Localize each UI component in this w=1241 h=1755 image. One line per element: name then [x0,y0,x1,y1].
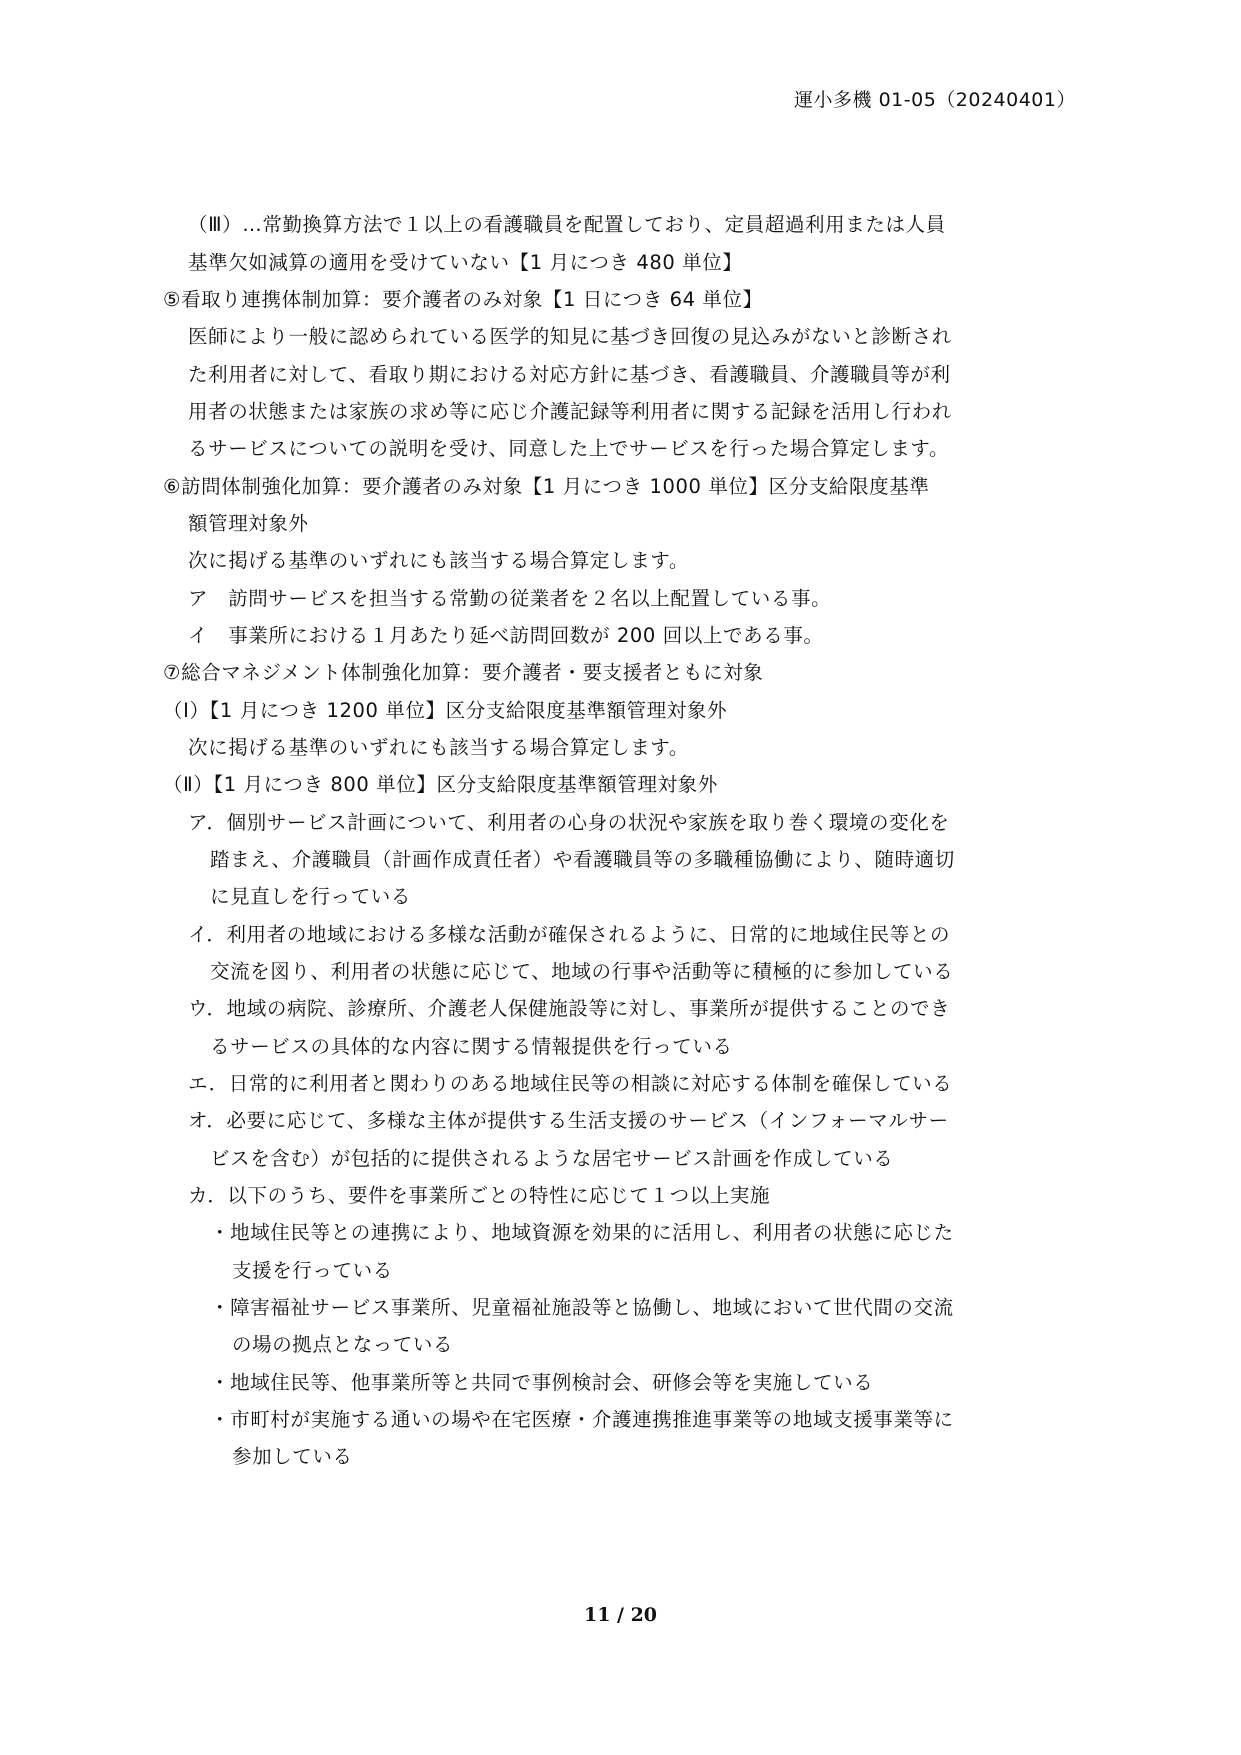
text-line: 支援を行っている [232,1258,393,1284]
text-line: オ．必要に応じて、多様な主体が提供する生活支援のサービス（インフォーマルサー [188,1108,949,1134]
text-line: 次に掲げる基準のいずれにも該当する場合算定します。 [188,735,689,761]
text-line: （Ⅰ）【1 月につき 1200 単位】区分支給限度基準額管理対象外 [163,698,727,724]
text-line: （Ⅲ）…常勤換算方法で１以上の看護職員を配置しており、定員超過利用または人員 [188,212,946,238]
text-line: の場の拠点となっている [232,1332,453,1358]
text-line: 用者の状態または家族の求め等に応じ介護記録等利用者に関する記録を活用し行われ [188,399,952,425]
text-line: ア．個別サービス計画について、利用者の心身の状況や家族を取り巻く環境の変化を [188,810,949,836]
text-line: ・障害福祉サービス事業所、児童福祉施設等と協働し、地域において世代間の交流 [210,1295,954,1321]
text-line: イ 事業所における１月あたり延べ訪問回数が 200 回以上である事。 [188,623,824,649]
text-line: た利用者に対して、看取り期における対応方針に基づき、看護職員、介護職員等が利 [188,362,951,388]
text-line: 踏まえ、介護職員（計画作成責任者）や看護職員等の多職種協働により、随時適切 [210,847,955,873]
document-id-header: 運小多機 01-05（20240401） [794,85,1076,112]
document-page: 運小多機 01-05（20240401） （Ⅲ）…常勤換算方法で１以上の看護職員… [0,0,1241,1755]
text-line: ⑤看取り連携体制加算：要介護者のみ対象【1 日につき 64 単位】 [163,287,763,313]
text-line: ウ．地域の病院、診療所、介護老人保健施設等に対し、事業所が提供することのでき [188,996,950,1022]
text-line: ・市町村が実施する通いの場や在宅医療・介護連携推進事業等の地域支援事業等に [210,1407,954,1433]
text-line: エ．日常的に利用者と関わりのある地域住民等の相談に対応する体制を確保している [188,1071,952,1097]
text-line: 額管理対象外 [188,511,309,537]
text-line: ⑦総合マネジメント体制強化加算：要介護者・要支援者ともに対象 [163,660,763,686]
text-line: カ．以下のうち、要件を事業所ごとの特性に応じて１つ以上実施 [188,1183,770,1209]
text-line: るサービスの具体的な内容に関する情報提供を行っている [210,1034,733,1060]
text-line: ビスを含む）が包括的に提供されるような居宅サービス計画を作成している [210,1146,893,1172]
text-line: ⑥訪問体制強化加算：要介護者のみ対象【1 月につき 1000 単位】区分支給限度… [163,474,929,500]
text-line: イ．利用者の地域における多様な活動が確保されるように、日常的に地域住民等との [188,922,950,948]
text-line: 基準欠如減算の適用を受けていない【1 月につき 480 単位】 [188,250,742,276]
text-line: ・地域住民等との連携により、地域資源を効果的に活用し、利用者の状態に応じた [210,1220,954,1246]
text-line: 次に掲げる基準のいずれにも該当する場合算定します。 [188,548,689,574]
text-line: に見直しを行っている [210,884,411,910]
text-line: 交流を図り、利用者の状態に応じて、地域の行事や活動等に積極的に参加している [210,959,953,985]
text-line: ア 訪問サービスを担当する常勤の従業者を２名以上配置している事。 [188,586,831,612]
text-line: 参加している [232,1444,353,1470]
text-line: るサービスについての説明を受け、同意した上でサービスを行った場合算定します。 [188,436,949,462]
text-line: ・地域住民等、他事業所等と共同で事例検討会、研修会等を実施している [210,1370,873,1396]
text-line: 医師により一般に認められている医学的知見に基づき回復の見込みがないと診断され [188,324,952,350]
text-line: （Ⅱ）【1 月につき 800 単位】区分支給限度基準額管理対象外 [163,772,718,798]
page-number: 11 / 20 [0,1604,1241,1626]
